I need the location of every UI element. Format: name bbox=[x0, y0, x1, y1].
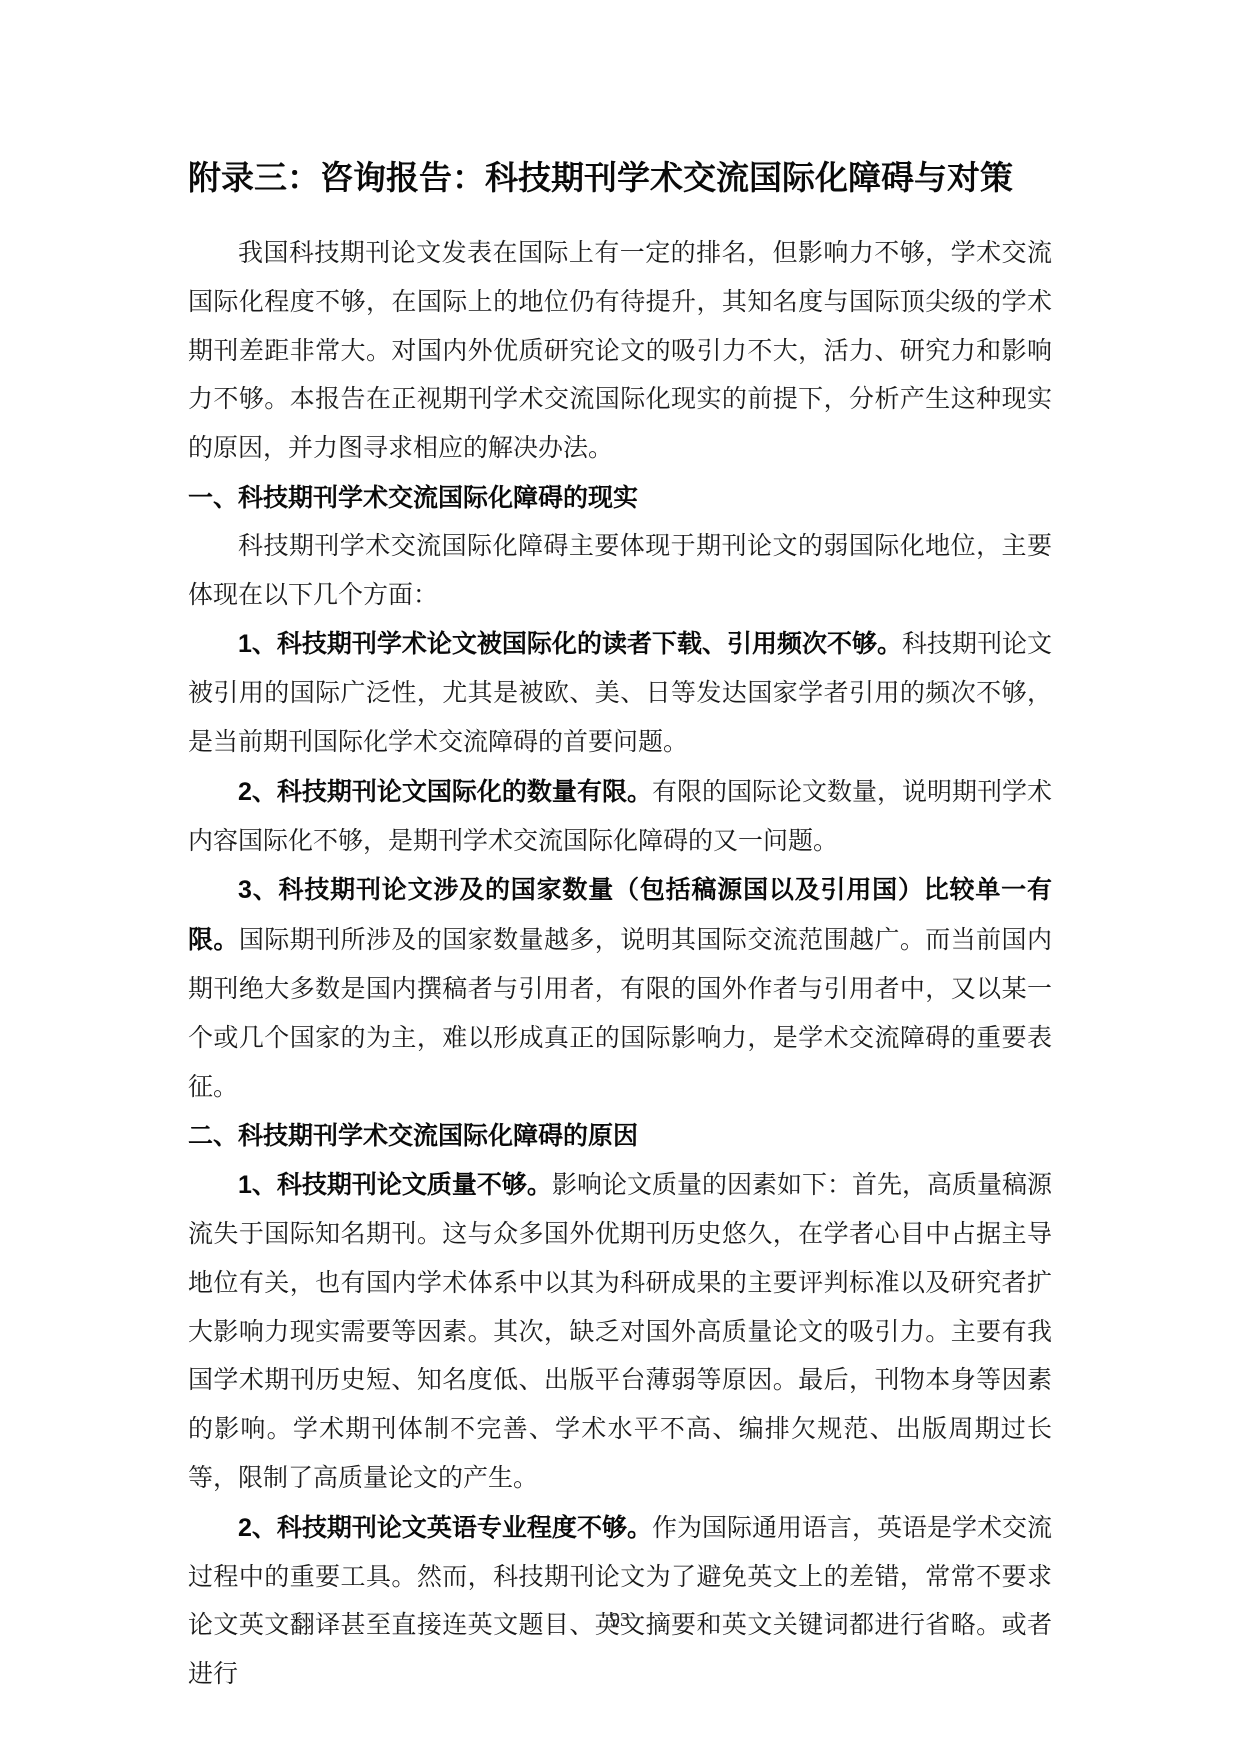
text-run: 影响论文质量的因素如下：首先，高质量稿源流失于国际知名期刊。这与众多国外优期刊历… bbox=[188, 1172, 1052, 1492]
paragraph: 科技期刊学术交流国际化障碍主要体现于期刊论文的弱国际化地位，主要体现在以下几个方… bbox=[188, 523, 1052, 621]
paragraph: 2、科技期刊论文英语专业程度不够。作为国际通用语言，英语是学术交流过程中的重要工… bbox=[188, 1504, 1052, 1700]
bold-text-run: 1、科技期刊论文质量不够。 bbox=[238, 1171, 552, 1199]
document-content: 附录三：咨询报告：科技期刊学术交流国际化障碍与对策 我国科技期刊论文发表在国际上… bbox=[0, 0, 1240, 1700]
document-body: 我国科技期刊论文发表在国际上有一定的排名，但影响力不够，学术交流国际化程度不够，… bbox=[188, 230, 1052, 1700]
paragraph: 2、科技期刊论文国际化的数量有限。有限的国际论文数量，说明期刊学术内容国际化不够… bbox=[188, 768, 1052, 867]
text-run: 我国科技期刊论文发表在国际上有一定的排名，但影响力不够，学术交流国际化程度不够，… bbox=[188, 240, 1052, 462]
paragraph: 3、科技期刊论文涉及的国家数量（包括稿源国以及引用国）比较单一有限。国际期刊所涉… bbox=[188, 866, 1052, 1112]
bold-text-run: 二、科技期刊学术交流国际化障碍的原因 bbox=[188, 1122, 638, 1150]
section-heading: 一、科技期刊学术交流国际化障碍的现实 bbox=[188, 474, 1052, 523]
document-title: 附录三：咨询报告：科技期刊学术交流国际化障碍与对策 bbox=[188, 0, 1052, 202]
page-number: 93 bbox=[0, 1606, 1240, 1634]
bold-text-run: 2、科技期刊论文国际化的数量有限。 bbox=[238, 778, 652, 806]
text-run: 国际期刊所涉及的国家数量越多，说明其国际交流范围越广。而当前国内期刊绝大多数是国… bbox=[188, 927, 1052, 1100]
paragraph: 1、科技期刊论文质量不够。影响论文质量的因素如下：首先，高质量稿源流失于国际知名… bbox=[188, 1161, 1052, 1504]
bold-text-run: 1、科技期刊学术论文被国际化的读者下载、引用频次不够。 bbox=[238, 630, 902, 658]
document-page: 附录三：咨询报告：科技期刊学术交流国际化障碍与对策 我国科技期刊论文发表在国际上… bbox=[0, 0, 1240, 1753]
paragraph: 我国科技期刊论文发表在国际上有一定的排名，但影响力不够，学术交流国际化程度不够，… bbox=[188, 230, 1052, 474]
section-heading: 二、科技期刊学术交流国际化障碍的原因 bbox=[188, 1112, 1052, 1161]
bold-text-run: 一、科技期刊学术交流国际化障碍的现实 bbox=[188, 484, 638, 512]
text-run: 科技期刊学术交流国际化障碍主要体现于期刊论文的弱国际化地位，主要体现在以下几个方… bbox=[188, 533, 1052, 609]
bold-text-run: 2、科技期刊论文英语专业程度不够。 bbox=[238, 1514, 652, 1542]
paragraph: 1、科技期刊学术论文被国际化的读者下载、引用频次不够。科技期刊论文被引用的国际广… bbox=[188, 620, 1052, 767]
